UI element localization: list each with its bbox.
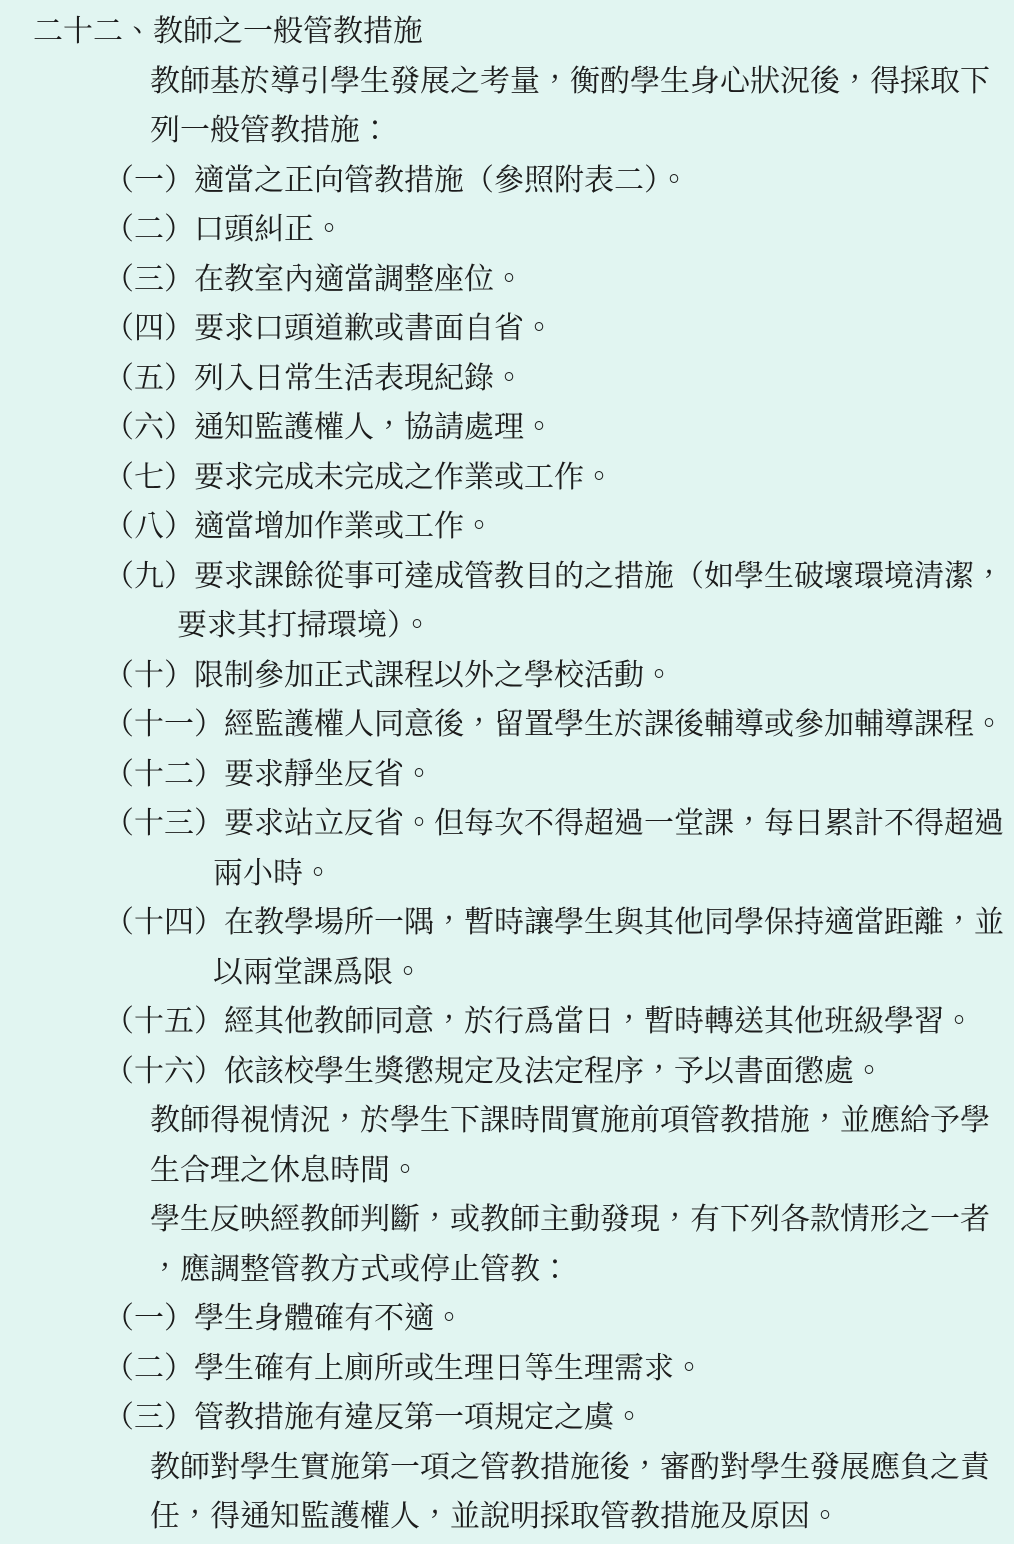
list-item-line: （八）適當增加作業或工作。 xyxy=(0,502,1014,552)
list-item-line: （十六）依該校學生獎懲規定及法定程序，予以書面懲處。 xyxy=(0,1047,1014,1097)
list-item-line: （十三）要求站立反省。但每次不得超過一堂課，每日累計不得超過 xyxy=(0,799,1014,849)
list-item-line: （十四）在教學場所一隅，暫時讓學生與其他同學保持適當距離，並 xyxy=(0,898,1014,948)
list-item-line: （一）適當之正向管教措施（參照附表二）。 xyxy=(0,156,1014,206)
paragraph-line: 生合理之休息時間。 xyxy=(0,1146,1014,1196)
list-item-line: （六）通知監護權人，協請處理。 xyxy=(0,403,1014,453)
list-item-line: （十二）要求靜坐反省。 xyxy=(0,750,1014,800)
paragraph-line: ，應調整管教方式或停止管教： xyxy=(0,1245,1014,1295)
list-item-line: （四）要求口頭道歉或書面自省。 xyxy=(0,304,1014,354)
paragraph-line: 列一般管教措施： xyxy=(0,106,1014,156)
list-item-line: （七）要求完成未完成之作業或工作。 xyxy=(0,453,1014,503)
list-item-line: （十一）經監護權人同意後，留置學生於課後輔導或參加輔導課程。 xyxy=(0,700,1014,750)
list-item-line: （二）學生確有上廁所或生理日等生理需求。 xyxy=(0,1344,1014,1394)
paragraph-line: 教師得視情況，於學生下課時間實施前項管教措施，並應給予學 xyxy=(0,1096,1014,1146)
list-item-cont-line: 以兩堂課爲限。 xyxy=(0,948,1014,998)
list-item-cont-line: 要求其打掃環境）。 xyxy=(0,601,1014,651)
list-item-line: （十五）經其他教師同意，於行爲當日，暫時轉送其他班級學習。 xyxy=(0,997,1014,1047)
list-item-line: （五）列入日常生活表現紀錄。 xyxy=(0,354,1014,404)
document-page: 二十二、教師之一般管教措施 教師基於導引學生發展之考量，衡酌學生身心狀況後，得採… xyxy=(0,0,1014,1544)
list-item-line: （一）學生身體確有不適。 xyxy=(0,1294,1014,1344)
list-item-cont-line: 兩小時。 xyxy=(0,849,1014,899)
list-item-line: （十）限制參加正式課程以外之學校活動。 xyxy=(0,651,1014,701)
article-heading: 二十二、教師之一般管教措施 xyxy=(0,7,1014,57)
list-item-line: （三）在教室內適當調整座位。 xyxy=(0,255,1014,305)
paragraph-line: 教師基於導引學生發展之考量，衡酌學生身心狀況後，得採取下 xyxy=(0,57,1014,107)
list-item-line: （二）口頭糾正。 xyxy=(0,205,1014,255)
paragraph-line: 學生反映經教師判斷，或教師主動發現，有下列各款情形之一者 xyxy=(0,1195,1014,1245)
paragraph-line: 教師對學生實施第一項之管教措施後，審酌對學生發展應負之責 xyxy=(0,1443,1014,1493)
paragraph-line: 任，得通知監護權人，並說明採取管教措施及原因。 xyxy=(0,1492,1014,1542)
list-item-line: （九）要求課餘從事可達成管教目的之措施（如學生破壞環境清潔， xyxy=(0,552,1014,602)
list-item-line: （三）管教措施有違反第一項規定之虞。 xyxy=(0,1393,1014,1443)
